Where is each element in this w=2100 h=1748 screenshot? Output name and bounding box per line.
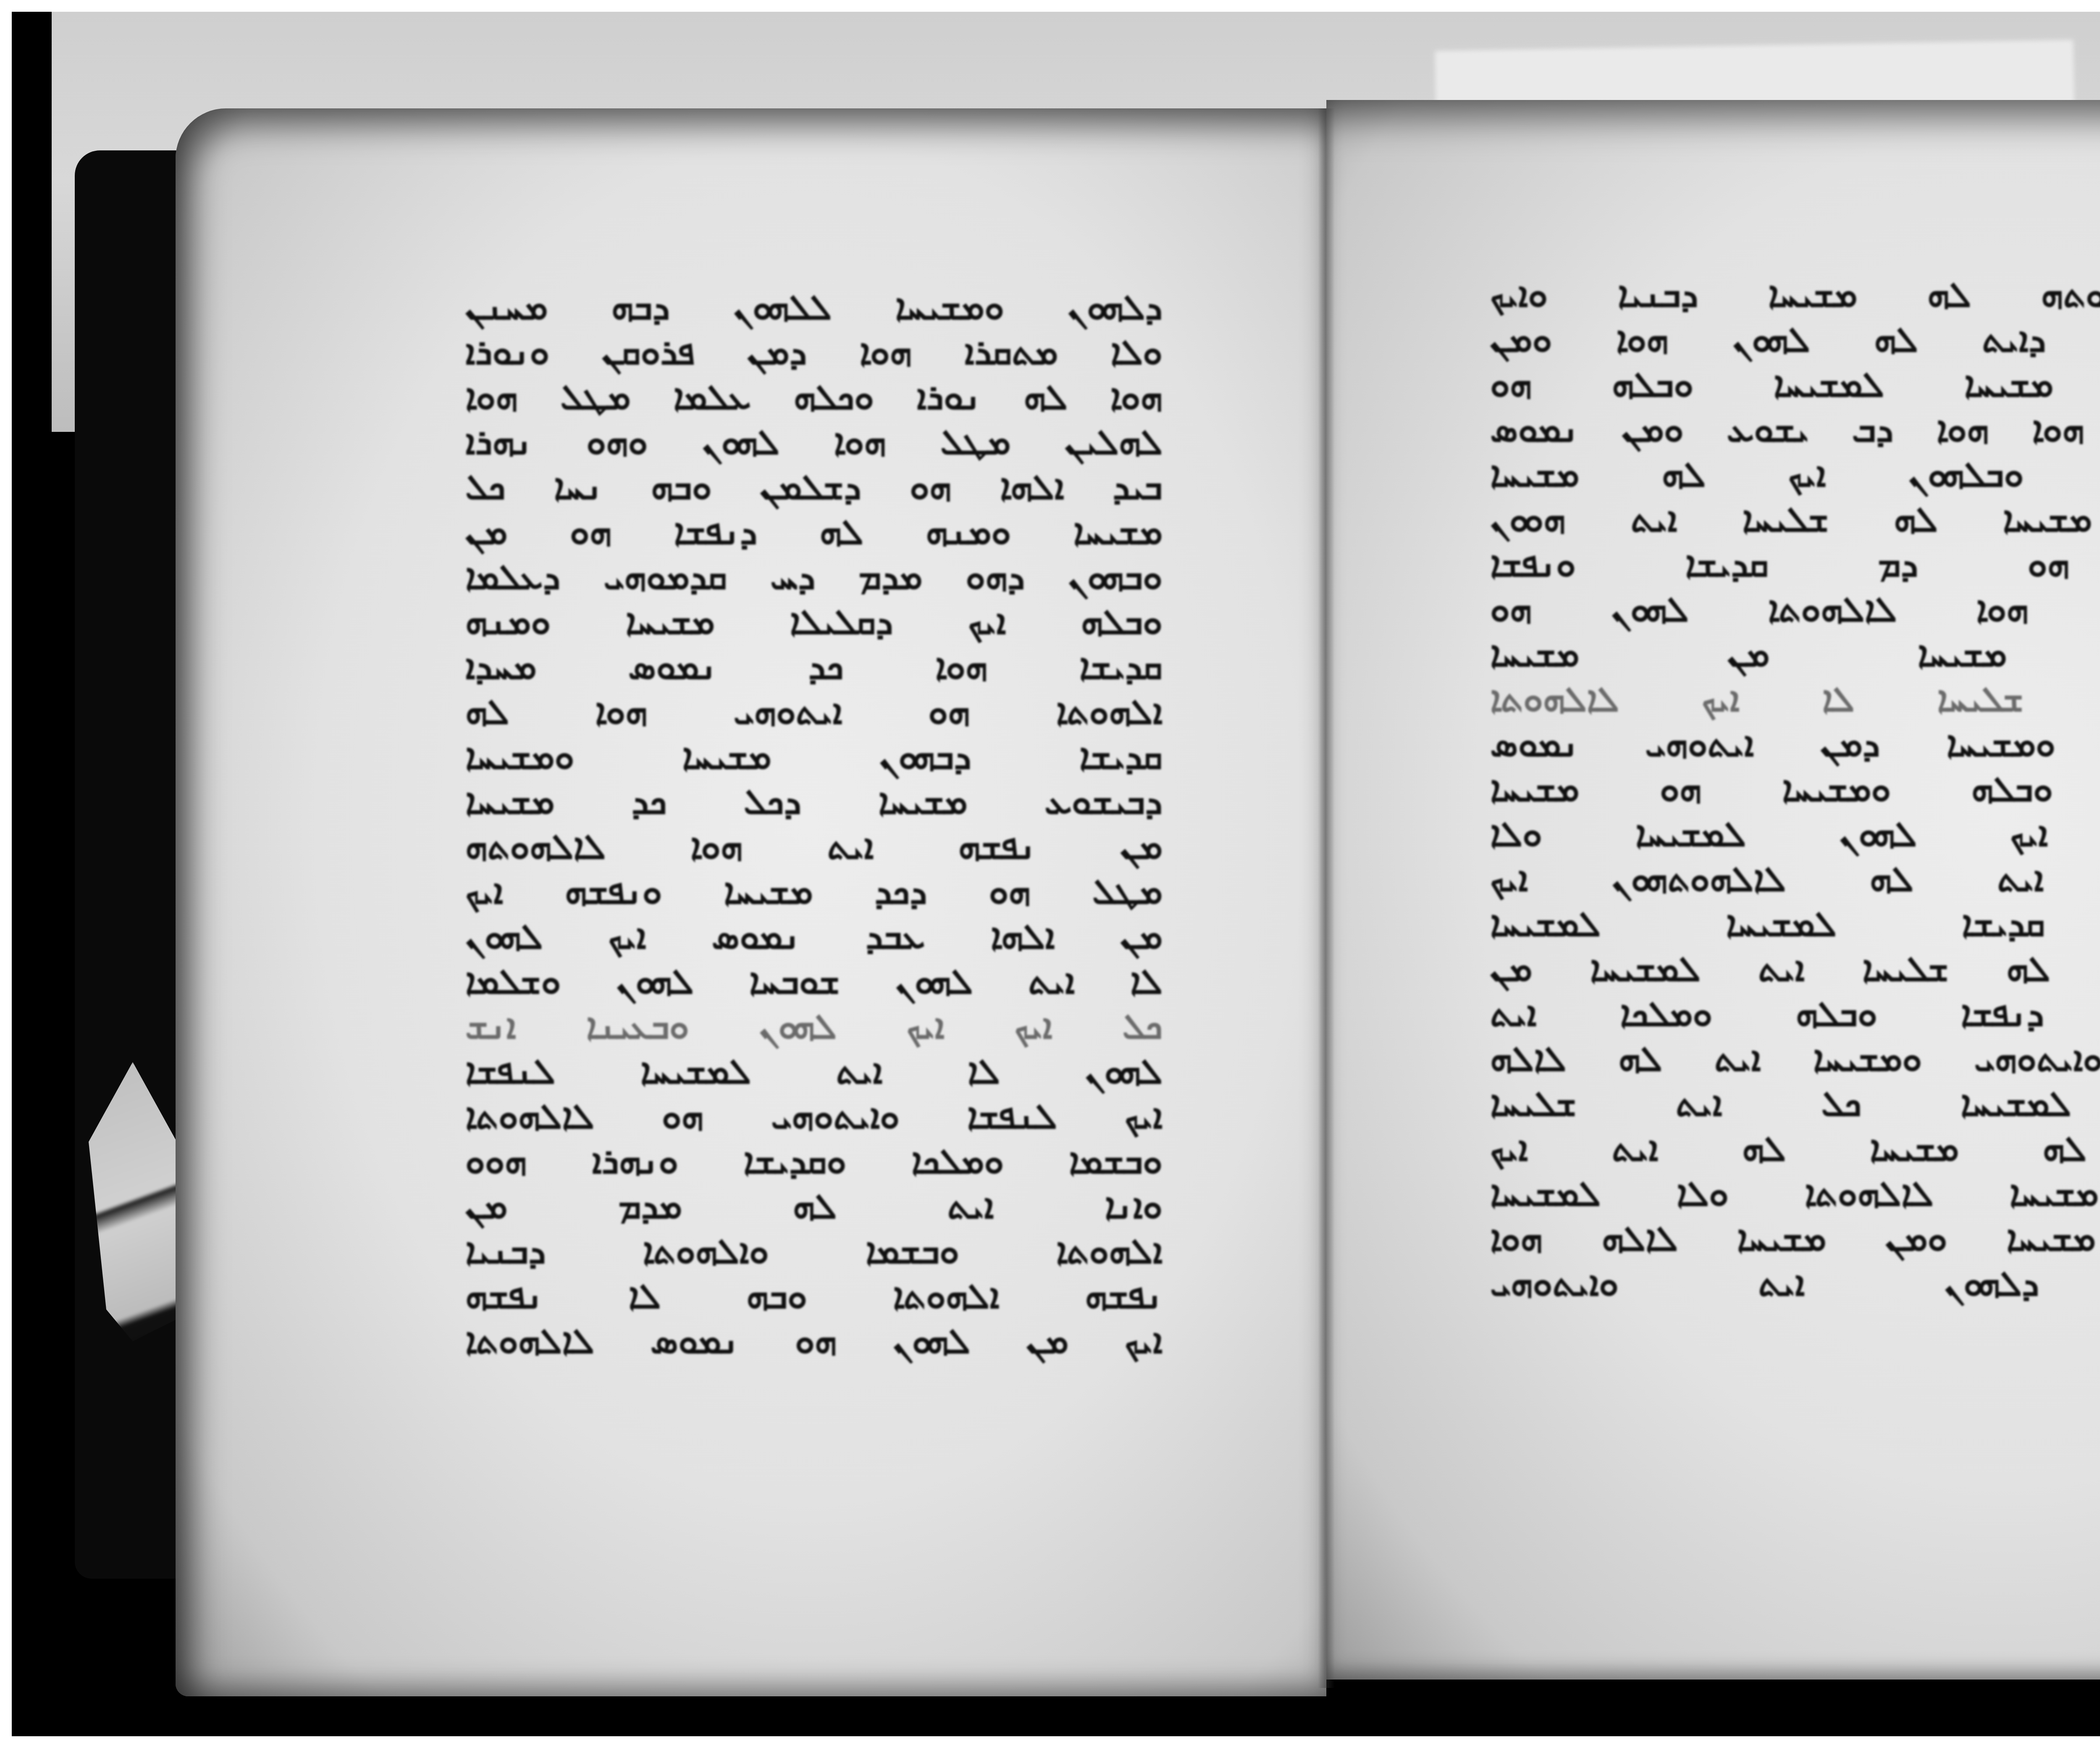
text-line: ܐܝܬ ܩܕܝܫܐ ܠܡܫܝܚܐ ܠܡܫܝܚܐ [1490, 902, 2100, 946]
text-line: ܘܒܠܗ ܐܝܟ ܕܩܠܝܠܐ ܡܫܝܚܐ ܘܡܢܗ [465, 599, 1163, 644]
text-line: ܟܠ ܐܝܟ ܐܝܟ ܠܗܘܢ ܘܒܥܝܢܐ ܐܢܫ [465, 1004, 1163, 1049]
text-line [1490, 1351, 2100, 1396]
text-line: ܘܡܢ ܡܫܝܚܐ ܘܡܢ ܡܫܝܚܐ ܠܐܠܗ ܗܘܐ [1490, 1216, 2100, 1261]
text-line: ܩܕܝܫܐ ܡܫܝܚܐ ܠܡܫܝܚܐ ܘܒܠܗ ܗܘ [1490, 362, 2100, 407]
text-line: ܡܢ ܐܠܗܐ ܥܒܕ ܢܡܘܣ ܐܝܟ ܠܗܘܢ [465, 914, 1163, 959]
text-line [1490, 1396, 2100, 1441]
text-line: ܕܡܢ ܡܫܝܚܐ ܠܗ ܫܠܝܚܐ ܐܝܬ ܗܘܘܢ [1490, 497, 2100, 542]
text-line: ܐܠܗܘܬܐ ܗܘ ܐܝܬܘܗܝ ܗܘܐ ܠܗ [465, 689, 1163, 734]
text-line: ܕܠܗܘܢ ܘܡܫܝܚܐ ܠܠܗܘܢ ܕܒܗ ܡܚܢܢ [465, 285, 1163, 330]
text-line: ܘܡܢ ܡܫܝܚܐ ܡܢ ܡܫܝܚܐ [1490, 632, 2100, 677]
text-line [465, 1409, 1163, 1454]
text-line: ܠܡܫܝܚܐ ܘܒܠܗܘܢ ܐܝܟ ܠܗ ܡܫܝܚܐ [1490, 452, 2100, 497]
text-line: ܘܒܗܘܢ ܕܗܘ ܡܕܡ ܕܚ ܩܕܡܘܗܝ ܕܥܠܡܐ [465, 555, 1163, 599]
text-line: ܢܦܫܗ ܐܠܗܘܬܐ ܘܒܗ ܠܐ ܢܦܫܗ [465, 1274, 1163, 1319]
text-line: ܠܡܫܝܚܐ ܫܠܝܚܐ ܠܐ ܐܝܟ ܠܐܠܗܘܬܐ [1490, 677, 2100, 722]
text-line: ܐܝܟ ܠܢܦܫܐ ܘܐܝܬܘܗܝ ܗܘ ܠܐܠܗܘܬܐ [465, 1094, 1163, 1139]
text-line: ܡܫܝܚܐ ܘܡܢܗ ܠܗ ܕܢܦܫܐ ܗܘ ܡܢ [465, 510, 1163, 555]
text-line: ܐܝܟ ܡܢ ܠܗܘܢ ܗܘ ܢܡܘܣ ܠܐܠܗܘܬܐ [465, 1319, 1163, 1364]
text-line: ܕܠܗܘܢ ܘܡܫܝܚܐ ܕܡܢ ܐܝܬܘܗܝ ܢܡܘܣ [1490, 722, 2100, 767]
text-line: ܗܘܐ ܠܗ ܢܘܪܐ ܘܟܠܗ ܥܠܡܐ ܡܛܠ ܗܘܐ [465, 375, 1163, 420]
text-line: ܘܠܐ ܡܬܩܪܐ ܗܘܐ ܕܡܢ ܦܪܘܩܢ ܘܢܘܪܐ [465, 330, 1163, 375]
text-line: ܐܝܬ ܠܗ ܡܫܝܚܐ ܠܗ ܐܝܬ ܐܝܟ [1490, 1126, 2100, 1171]
text-line: ܐܠܗܘܬܐ ܘܒܫܡܐ ܘܐܠܗܘܬܐ ܕܒܢܝܐ [465, 1229, 1163, 1274]
text-line: ܕܡܫܝܚܐ ܕܐܝܬ ܠܗ ܠܗܘܢ ܗܘܐ ܘܡܢ [1490, 317, 2100, 362]
text-line: ܘܡܫܝܚܐ ܠܗ ܫܠܝܚܐ ܐܝܬ ܠܡܫܝܚܐ ܡܢ [1490, 946, 2100, 991]
book-gutter [1318, 108, 1335, 1688]
text-line [465, 1364, 1163, 1409]
text-line: ܡܢ ܡܫܝܚܐ ܠܐܠܗܘܬܐ ܘܠܐ ܠܡܫܝܚܐ [1490, 1171, 2100, 1216]
text-line: ܩܕܝܫܐ ܕܒܗܘܢ ܡܫܝܚܐ ܘܡܫܝܚܐ [465, 734, 1163, 779]
text-line: ܘܐܢܐ ܐܝܬ ܠܗ ܡܕܡ ܡܢ [465, 1184, 1163, 1229]
text-line: ܐܝܟ ܕܠܗܘܢ ܐܝܬ ܘܐܝܬܘܗܝ [1490, 1261, 2100, 1306]
text-line [1490, 1306, 2100, 1351]
text-line: ܠܐ ܐܝܬ ܠܗܘܢ ܫܘܒܚܐ ܠܗܘܢ ܘܫܠܡܐ [465, 959, 1163, 1004]
text-line: ܠܗܠܝܢ ܡܛܠ ܗܘܐ ܠܗܘܢ ܘܗܘ ܢܗܪܐ [465, 420, 1163, 465]
text-line: ܠܗܘܢ ܠܐ ܐܝܬ ܠܡܫܝܚܐ ܠܢܦܫܐ [465, 1049, 1163, 1094]
text-line: ܘܒܩܕܝܫܘܬܗ ܠܗ ܡܫܝܚܐ ܕܒܢܝܐ ܘܐܝܟ [1490, 272, 2100, 317]
text-line: ܘܒܫܡܐ ܘܡܠܟܐ ܘܩܕܝܫܐ ܘܢܗܪܐ ܗܘܘ [465, 1139, 1163, 1184]
text-line: ܕܢܦܫܐ ܘܒܠܗ ܘܡܫܝܚܐ ܗܘ ܡܫܝܚܐ [1490, 767, 2100, 812]
text-line: ܡܫܝܚܐ ܐܝܬ ܠܗ ܠܐܠܗܘܬܗܘܢ ܐܝܟ [1490, 857, 2100, 902]
text-line: ܡܫܝܚܐ ܕܢܦܫܐ ܘܒܠܗ ܘܡܠܟܐ ܐܝܬ [1490, 991, 2100, 1036]
photo-frame: ܕܠܗܘܢ ܘܡܫܝܚܐ ܠܠܗܘܢ ܕܒܗ ܡܚܢܢ ܘܠܐ ܡܬܩܪܐ ܗܘ… [12, 12, 2100, 1736]
text-line: ܕܒܝܫܘܥ ܡܫܝܚܐ ܕܟܠ ܟܕ ܡܫܝܚܐ [465, 779, 1163, 824]
text-line: ܡܫܝܚܐ ܗܘܐ ܗܘܐ ܕܒ ܝܫܘܥ ܘܡܢ ܢܡܘܣ [1490, 407, 2100, 452]
text-line: ܐܝܟ ܗܘ ܕܡ ܩܕܝܫܐ ܘܢܦܫܐ [1490, 542, 2100, 587]
text-line: ܒܝܕ ܐܠܗܐ ܗܘ ܕܫܠܡܢ ܘܒܗ ܢܚܐ ܟܠ [465, 465, 1163, 510]
text-line: ܡܢ ܢܦܫܗ ܐܝܬ ܗܘܐ ܠܐܠܗܘܬܗ [465, 824, 1163, 869]
text-line: ܘܡܫܝܚܐ ܗܘܐ ܠܐܠܗܘܬܐ ܠܗܘܢ ܗܘ [1490, 587, 2100, 632]
text-line: ܡܛܠ ܗܘ ܕܟܕ ܡܫܝܚܐ ܘܢܦܫܗ ܐܝܟ [465, 869, 1163, 914]
text-line: ܩܕܝܫܐ ܗܘܐ ܟܕ ܢܡܘܣ ܡܚܕܐ [465, 644, 1163, 689]
text-line: ܐܝܬ ܠܡܫܝܚܐ ܟܠ ܐܝܬ ܫܠܝܚܐ [1490, 1081, 2100, 1126]
book-cover-left [75, 150, 184, 1579]
right-page-text: ܘܒܩܕܝܫܘܬܗ ܠܗ ܡܫܝܚܐ ܕܒܢܝܐ ܘܐܝܟ ܕܡܫܝܚܐ ܕܐܝ… [1490, 272, 2100, 1441]
margin-annotation [415, 566, 453, 802]
text-line: ܗܘܘܢ ܐܝܟ ܠܗܘܢ ܠܡܫܝܚܐ ܘܠܐ [1490, 812, 2100, 857]
left-page-text: ܕܠܗܘܢ ܘܡܫܝܚܐ ܠܠܗܘܢ ܕܒܗ ܡܚܢܢ ܘܠܐ ܡܬܩܪܐ ܗܘ… [465, 285, 1163, 1454]
text-line: ܘܡܢ ܘܐܝܬܘܗܝ ܘܡܫܝܚܐ ܐܝܬ ܠܗ ܠܐܠܗ [1490, 1036, 2100, 1081]
